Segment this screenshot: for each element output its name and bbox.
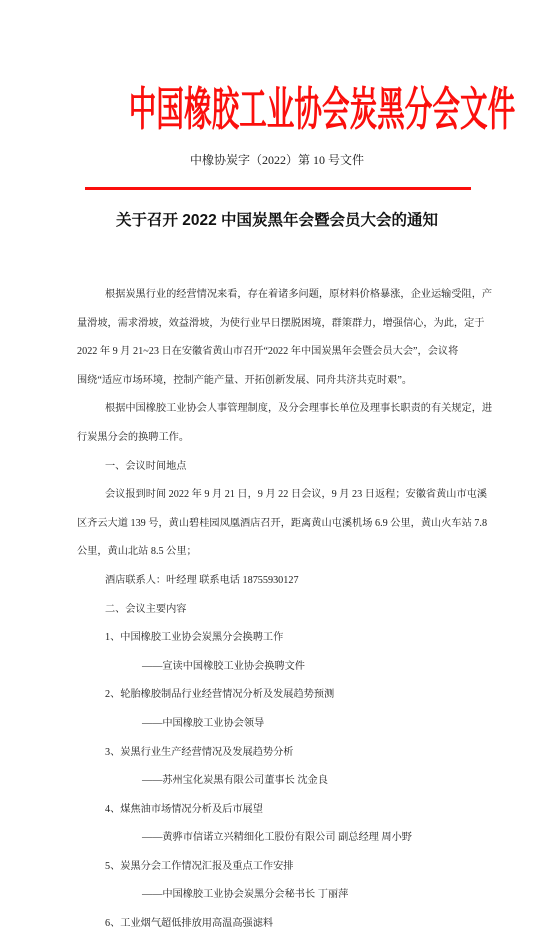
agenda-speaker: ——中国橡胶工业协会炭黑分会秘书长 丁丽萍 bbox=[77, 881, 485, 910]
body-line: 量滑坡，需求滑坡，效益滑坡，为使行业早日摆脱困境，群策群力，增强信心，为此，定于 bbox=[77, 310, 485, 339]
agenda-item: 1、中国橡胶工业协会炭黑分会换聘工作 bbox=[77, 624, 485, 653]
section-heading: 一、会议时间地点 bbox=[77, 453, 485, 482]
document-body: 根据炭黑行业的经营情况来看，存在着诸多问题，原材料价格暴涨，企业运输受阻，产 量… bbox=[77, 281, 485, 939]
agenda-item: 2、轮胎橡胶制品行业经营情况分析及发展趋势预测 bbox=[77, 681, 485, 710]
body-line: 会议报到时间 2022 年 9 月 21 日，9 月 22 日会议，9 月 23… bbox=[77, 481, 485, 510]
agenda-item: 3、炭黑行业生产经营情况及发展趋势分析 bbox=[77, 739, 485, 768]
agenda-speaker: ——苏州宝化炭黑有限公司董事长 沈金良 bbox=[77, 767, 485, 796]
notice-title: 关于召开 2022 中国炭黑年会暨会员大会的通知 bbox=[0, 206, 554, 236]
agenda-speaker: ——中国橡胶工业协会领导 bbox=[77, 710, 485, 739]
body-line: 根据中国橡胶工业协会人事管理制度，及分会理事长单位及理事长职责的有关规定，进 bbox=[77, 395, 485, 424]
body-line: 公里，黄山北站 8.5 公里； bbox=[77, 538, 485, 567]
body-line: 区齐云大道 139 号，黄山碧桂园凤凰酒店召开，距离黄山屯溪机场 6.9 公里，… bbox=[77, 510, 485, 539]
document-page: 中国橡胶工业协会炭黑分会文件 中橡协炭字（2022）第 10 号文件 关于召开 … bbox=[0, 0, 554, 941]
letterhead: 中国橡胶工业协会炭黑分会文件 bbox=[0, 83, 554, 135]
agenda-item: 6、工业烟气超低排放用高温高强滤料 bbox=[77, 910, 485, 939]
agenda-item: 5、炭黑分会工作情况汇报及重点工作安排 bbox=[77, 853, 485, 882]
body-line: 2022 年 9 月 21~23 日在安徽省黄山市召开“2022 年中国炭黑年会… bbox=[77, 338, 485, 367]
red-separator-rule bbox=[85, 187, 471, 190]
section-heading: 二、会议主要内容 bbox=[77, 596, 485, 625]
body-line: 行炭黑分会的换聘工作。 bbox=[77, 424, 485, 453]
agenda-speaker: ——黄骅市信诺立兴精细化工股份有限公司 副总经理 周小野 bbox=[77, 824, 485, 853]
agenda-item: 4、煤焦油市场情况分析及后市展望 bbox=[77, 796, 485, 825]
body-line: 围绕“适应市场环境，控制产能产量、开拓创新发展、同舟共济共克时艰”。 bbox=[77, 367, 485, 396]
agenda-speaker: ——宣读中国橡胶工业协会换聘文件 bbox=[77, 653, 485, 682]
body-line: 根据炭黑行业的经营情况来看，存在着诸多问题，原材料价格暴涨，企业运输受阻，产 bbox=[77, 281, 485, 310]
org-title: 中国橡胶工业协会炭黑分会文件 bbox=[129, 83, 515, 135]
doc-number: 中橡协炭字（2022）第 10 号文件 bbox=[0, 150, 554, 170]
hotel-contact-line: 酒店联系人：叶经理 联系电话 18755930127 bbox=[77, 567, 485, 596]
